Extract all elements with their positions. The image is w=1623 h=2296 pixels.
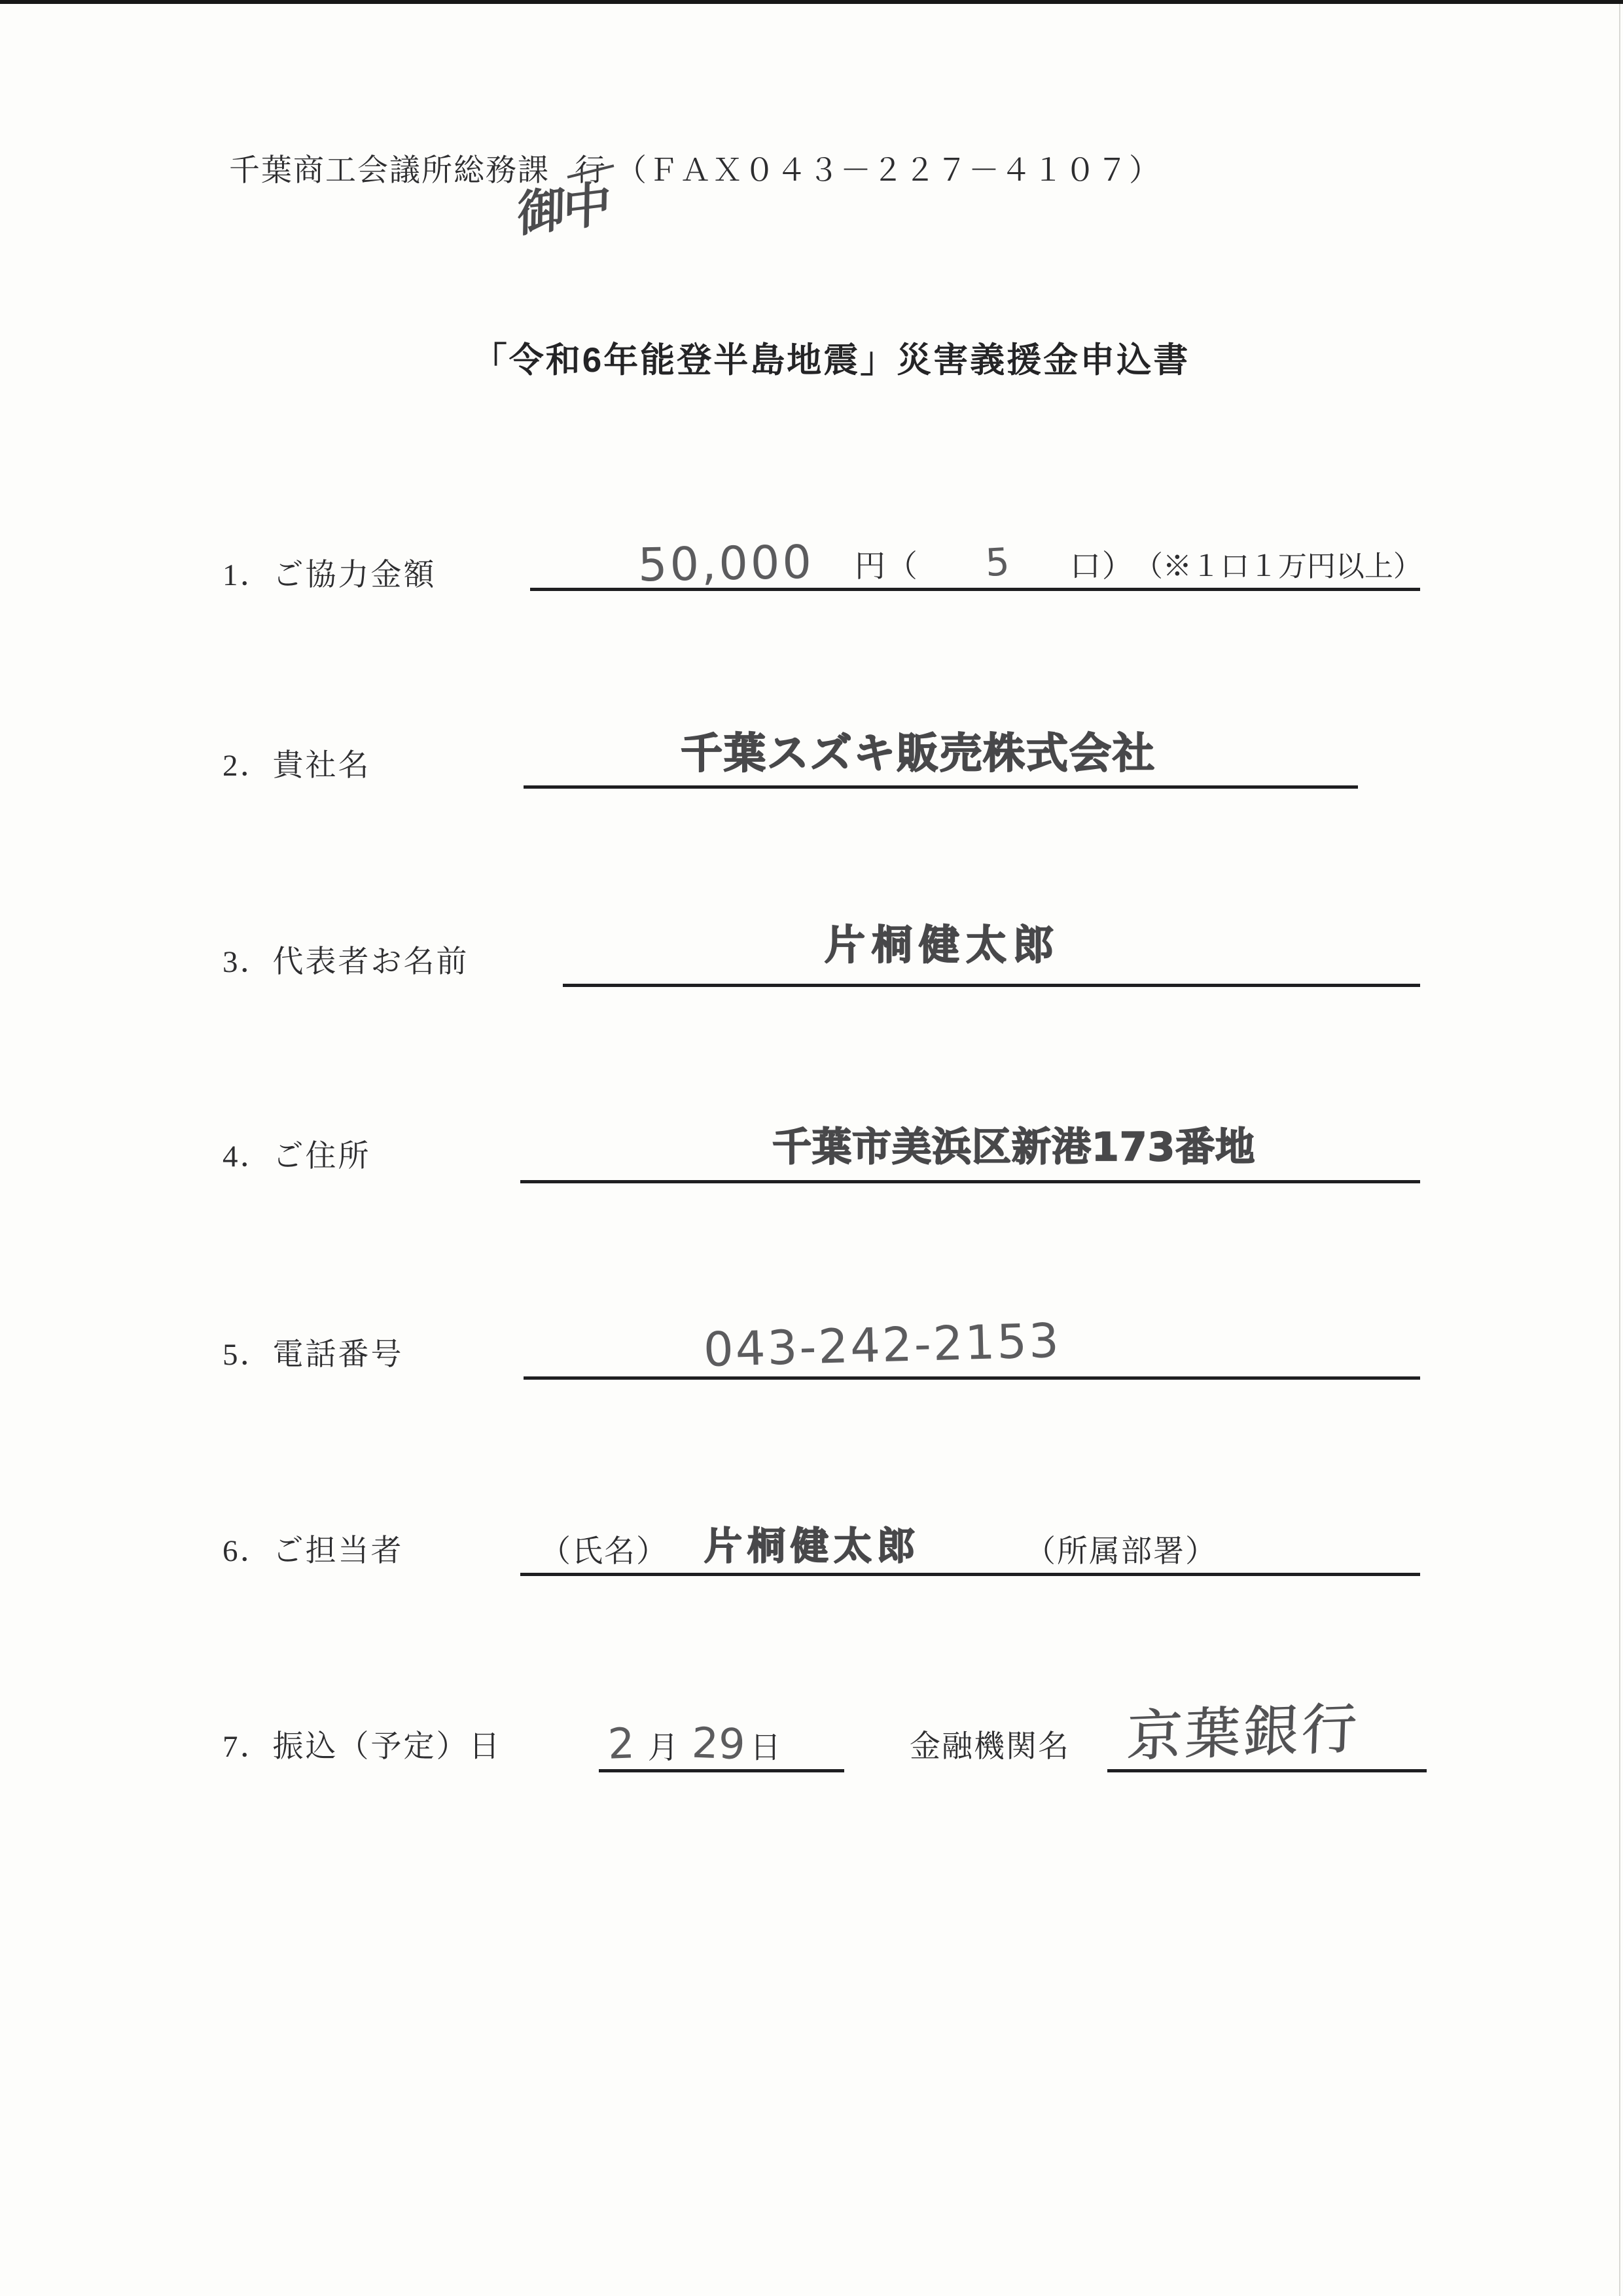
company-name-handwritten: 千葉スズキ販売株式会社 <box>681 733 1156 785</box>
field-2-label: 2．貴社名 <box>223 748 371 783</box>
transfer-day-handwritten: 29 <box>691 1723 746 1770</box>
field-5-fill-line: 043-242-2153 <box>524 1300 1420 1380</box>
field-4-fill-line: 千葉市美浜区新港173番地 <box>520 1103 1420 1183</box>
contact-name-handwritten: 片桐健太郎 <box>704 1527 920 1573</box>
day-suffix-label: 日 <box>750 1733 782 1769</box>
bank-name-handwritten: 京葉銀行 <box>1126 1701 1361 1774</box>
field-6-fill-line: （氏名） 片桐健太郎 （所属部署） <box>520 1499 1420 1576</box>
contact-dept-label: （所属部署） <box>1025 1537 1217 1573</box>
field-2-fill-line: 千葉スズキ販売株式会社 <box>524 710 1358 789</box>
form-title: 「令和6年能登半島地震」災害義援金申込書 <box>0 343 1623 378</box>
bank-name-label: 金融機関名 <box>910 1729 1070 1765</box>
scanned-form-page: 千葉商工会議所総務課行（ＦＡＸ０４３－２２７－４１０７） 御中 「令和6年能登半… <box>0 0 1623 2296</box>
units-handwritten: 5 <box>984 543 1010 588</box>
recipient-line: 千葉商工会議所総務課行（ＦＡＸ０４３－２２７－４１０７） <box>229 156 1161 187</box>
field-3-label-text: 代表者お名前 <box>273 945 469 979</box>
field-2-label-text: 貴社名 <box>273 749 371 783</box>
representative-name-handwritten: 片桐健太郎 <box>825 925 1060 984</box>
fax-number: （ＦＡＸ０４３－２２７－４１０７） <box>616 154 1161 188</box>
phone-number-handwritten: 043-242-2153 <box>703 1317 1061 1381</box>
field-7-label: 7．振込（予定）日 <box>223 1729 502 1765</box>
field-6-label-text: ご担当者 <box>273 1534 404 1568</box>
field-5-number: 5． <box>223 1338 273 1372</box>
field-3-number: 3． <box>223 945 273 979</box>
bank-name-fill-line: 京葉銀行 <box>1107 1674 1427 1772</box>
yen-open-label: 円（ <box>855 552 919 588</box>
scan-top-edge-artifact <box>0 0 1623 4</box>
field-6-number: 6． <box>223 1534 273 1568</box>
field-3-fill-line: 片桐健太郎 <box>563 910 1420 987</box>
field-7-number: 7． <box>223 1730 273 1764</box>
recipient-name: 千葉商工会議所総務課 <box>229 154 550 188</box>
field-1-fill-line: 50,000 円（ 5 口） （※１口１万円以上） <box>530 524 1420 591</box>
field-4-number: 4． <box>223 1139 273 1174</box>
field-6-label: 6．ご担当者 <box>223 1534 404 1569</box>
transfer-date-fill-line: 2 月 29 日 <box>599 1696 844 1772</box>
field-7-label-text: 振込（予定）日 <box>273 1730 502 1764</box>
amount-handwritten: 50,000 <box>637 539 814 590</box>
min-unit-note: （※１口１万円以上） <box>1134 552 1422 588</box>
field-5-label: 5．電話番号 <box>223 1337 404 1372</box>
field-5-label-text: 電話番号 <box>273 1338 404 1372</box>
month-suffix-label: 月 <box>648 1733 680 1769</box>
field-2-number: 2． <box>223 749 273 783</box>
field-1-number: 1． <box>223 558 273 592</box>
field-4-label-text: ご住所 <box>273 1139 371 1174</box>
field-1-label-text: ご協力金額 <box>273 558 437 592</box>
honorific-gochu-handwritten: 御中 <box>517 179 609 240</box>
units-close-label: 口） <box>1070 552 1134 588</box>
field-1-label: 1．ご協力金額 <box>223 558 437 593</box>
field-4-label: 4．ご住所 <box>223 1139 371 1174</box>
address-handwritten: 千葉市美浜区新港173番地 <box>772 1128 1255 1180</box>
contact-name-label: （氏名） <box>540 1537 668 1573</box>
transfer-month-handwritten: 2 <box>607 1723 635 1769</box>
field-3-label: 3．代表者お名前 <box>223 944 469 980</box>
